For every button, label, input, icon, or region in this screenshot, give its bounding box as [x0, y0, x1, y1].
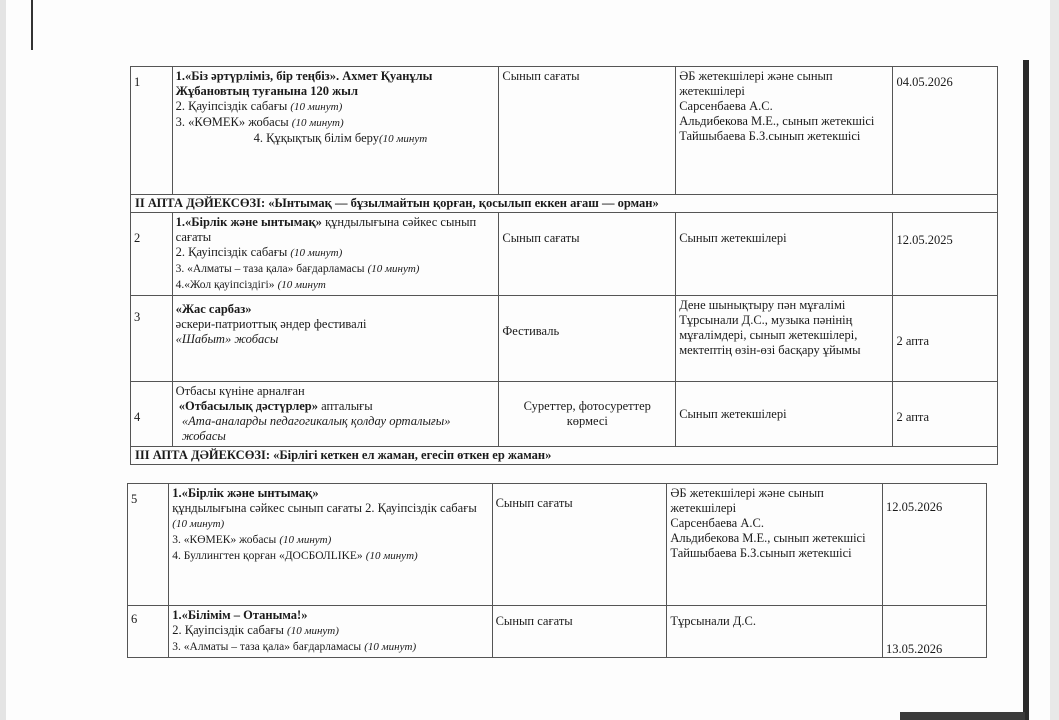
activity-item: 3. «КӨМЕК» жобасы [176, 115, 289, 129]
activity-item-indented: 4. Құқықтық білім беру(10 минут [176, 131, 496, 147]
activity-note: (10 минут) [290, 101, 342, 113]
row-number: 6 [128, 606, 169, 658]
form-cell: Суреттер, фотосуреттер көрмесі [499, 382, 676, 447]
table-row: 2 1.«Бірлік және ынтымақ» құндылығына сә… [131, 213, 998, 296]
scan-page-edge [31, 0, 33, 50]
responsible-cell: ӘБ жетекшілері және сынып жетекшілері Са… [676, 67, 893, 195]
scan-page-shadow [1023, 60, 1029, 720]
table-row: 3 «Жас сарбаз» әскери-патриоттық әндер ф… [131, 296, 998, 382]
responsible-cell: Сынып жетекшілері [676, 213, 893, 296]
responsible-cell: Дене шынықтыру пән мұғалімі Тұрсынали Д.… [676, 296, 893, 382]
week3-motto: ІІІ АПТА ДӘЙЕКСӨЗІ: «Бірлігі кеткен ел ж… [131, 447, 998, 465]
activity-item: 2. Қауіпсіздік сабағы [176, 99, 288, 113]
date-cell: 12.05.2026 [882, 484, 986, 606]
activity-cell: 1.«Біз әртүрліміз, бір теңбіз». Ахмет Қу… [172, 67, 499, 195]
events-table-bottom: 5 1.«Бірлік және ынтымақ» құндылығына сә… [127, 483, 987, 658]
activity-title: 1.«Біз әртүрліміз, бір теңбіз». Ахмет Қу… [176, 69, 433, 98]
date-cell: 04.05.2026 [893, 67, 998, 195]
date-cell: 2 апта [893, 296, 998, 382]
activity-title: 1.«Бірлік және ынтымақ» [172, 486, 318, 500]
table-row: 4 Отбасы күніне арналған «Отбасылық дәст… [131, 382, 998, 447]
form-cell: Сынып сағаты [492, 606, 667, 658]
row-number: 2 [131, 213, 173, 296]
week-header-row: ІІІ АПТА ДӘЙЕКСӨЗІ: «Бірлігі кеткен ел ж… [131, 447, 998, 465]
date-cell: 13.05.2026 [882, 606, 986, 658]
activity-title: 1.«Бірлік және ынтымақ» [176, 215, 322, 229]
responsible-cell: ӘБ жетекшілері және сынып жетекшілері Са… [667, 484, 883, 606]
table-row: 5 1.«Бірлік және ынтымақ» құндылығына сә… [128, 484, 987, 606]
events-table-top: 1 1.«Біз әртүрліміз, бір теңбіз». Ахмет … [130, 66, 998, 465]
activity-cell: «Жас сарбаз» әскери-патриоттық әндер фес… [172, 296, 499, 382]
form-cell: Сынып сағаты [499, 67, 676, 195]
scan-right-margin [1050, 0, 1059, 720]
row-number: 5 [128, 484, 169, 606]
date-cell: 12.05.2025 [893, 213, 998, 296]
activity-title: 1.«Білімім – Отаныма!» [172, 608, 307, 622]
table-row: 1 1.«Біз әртүрліміз, бір теңбіз». Ахмет … [131, 67, 998, 195]
week-header-row: ІІ АПТА ДӘЙЕКСӨЗІ: «Ынтымақ — бұзылмайты… [131, 195, 998, 213]
row-number: 3 [131, 296, 173, 382]
table-row: 6 1.«Білімім – Отаныма!» 2. Қауіпсіздік … [128, 606, 987, 658]
form-cell: Фестиваль [499, 296, 676, 382]
activity-title: «Жас сарбаз» [176, 302, 252, 316]
row-number: 4 [131, 382, 173, 447]
activity-cell: 1.«Бірлік және ынтымақ» құндылығына сәйк… [172, 213, 499, 296]
responsible-cell: Тұрсынали Д.С. [667, 606, 883, 658]
activity-cell: 1.«Бірлік және ынтымақ» құндылығына сәйк… [169, 484, 492, 606]
scan-left-margin [0, 0, 6, 720]
activity-cell: Отбасы күніне арналған «Отбасылық дәстүр… [172, 382, 499, 447]
responsible-cell: Сынып жетекшілері [676, 382, 893, 447]
row-number: 1 [131, 67, 173, 195]
activity-title: «Отбасылық дәстүрлер» [179, 399, 318, 413]
date-cell: 2 апта [893, 382, 998, 447]
scan-bottom-shadow [900, 712, 1025, 720]
week2-motto: ІІ АПТА ДӘЙЕКСӨЗІ: «Ынтымақ — бұзылмайты… [131, 195, 998, 213]
form-cell: Сынып сағаты [499, 213, 676, 296]
activity-note: (10 минут) [292, 117, 344, 129]
form-cell: Сынып сағаты [492, 484, 667, 606]
activity-cell: 1.«Білімім – Отаныма!» 2. Қауіпсіздік са… [169, 606, 492, 658]
